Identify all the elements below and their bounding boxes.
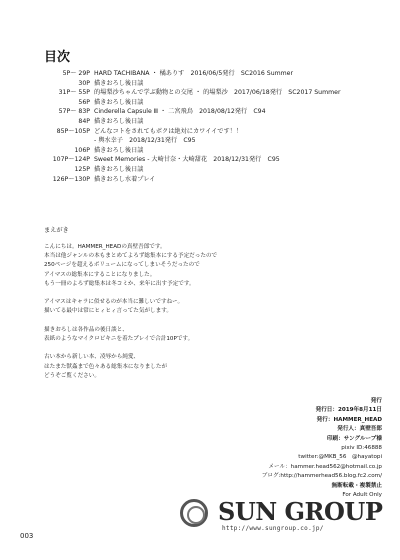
- preface-paragraph: アイマスはキャラに似せるのが本当に難しいですねー。 描いてる最中は常にヒィヒィ言…: [44, 298, 244, 316]
- toc-page-range: 84P: [30, 117, 94, 127]
- sun-group-logo-mark-icon: [180, 499, 208, 527]
- toc-entry: 31P～ 55P的場梨沙ちゃんで学ぶ動物との交尾 ・ 的場梨沙 2017/06/…: [30, 88, 390, 98]
- colophon-line: twitter:@MKB_56 @hayatopi: [262, 453, 382, 462]
- colophon-line: メール：hammer.head562@hotmail.co.jp: [262, 463, 382, 472]
- toc-title: どんなコトをされてもボクは絶対にカワイイです！！: [94, 127, 242, 137]
- toc-entry: - 輿水幸子 2018/12/31発行 C95: [30, 136, 390, 146]
- preface-heading: まえがき: [44, 225, 69, 234]
- toc-entry: 107P～124PSweet Memories - 大崎甘奈・大崎甜花 2018…: [30, 155, 390, 165]
- colophon-line: ブログ:http://hammerhead56.blog.fc2.com/: [262, 472, 382, 481]
- toc-page-range: 106P: [30, 146, 94, 156]
- colophon-line: 発行日：2019年8月11日: [262, 406, 382, 415]
- toc-page-range: 31P～ 55P: [30, 88, 94, 98]
- toc-entry: 5P～ 29PHARD TACHIBANA ・ 橘ありす 2016/06/5発行…: [30, 69, 390, 79]
- toc-title: - 輿水幸子 2018/12/31発行 C95: [94, 136, 196, 146]
- preface-paragraph: 古い本から新しい本、凌辱から純愛、 はたまた獣姦まで色々ある総集本になりましたが…: [44, 353, 244, 381]
- toc-entry: 30P描きおろし後日談: [30, 79, 390, 89]
- preface-body: こんにちは。HAMMER_HEADの真壁吾郎です。 本当は他ジャンルの本もまとめ…: [44, 243, 244, 390]
- table-of-contents: 5P～ 29PHARD TACHIBANA ・ 橘ありす 2016/06/5発行…: [30, 69, 390, 184]
- toc-title: Cinderella Capsule Ⅲ ・ 二宮飛鳥 2018/08/12発行…: [94, 107, 266, 117]
- toc-page-range: [30, 136, 94, 146]
- toc-title: Sweet Memories - 大崎甘奈・大崎甜花 2018/12/31発行 …: [94, 155, 280, 165]
- sun-group-logo: SUN GROUP http://www.sungroup.co.jp/: [180, 497, 390, 537]
- colophon-line: pixiv ID:46888: [262, 444, 382, 453]
- toc-title: 描きおろし後日談: [94, 117, 144, 127]
- toc-entry: 57P～ 83PCinderella Capsule Ⅲ ・ 二宮飛鳥 2018…: [30, 107, 390, 117]
- colophon-heading: 発行: [262, 397, 382, 406]
- toc-title: 描きおろし水着プレイ: [94, 175, 155, 185]
- toc-title: HARD TACHIBANA ・ 橘ありす 2016/06/5発行 SC2016…: [94, 69, 293, 79]
- colophon: 発行 発行日：2019年8月11日 発行：HAMMER_HEAD 発行人：真壁吾…: [262, 397, 382, 500]
- toc-entry: 84P描きおろし後日談: [30, 117, 390, 127]
- colophon-line: 発行：HAMMER_HEAD: [262, 416, 382, 425]
- toc-page-range: 5P～ 29P: [30, 69, 94, 79]
- toc-page-range: 125P: [30, 165, 94, 175]
- preface-paragraph: こんにちは。HAMMER_HEADの真壁吾郎です。 本当は他ジャンルの本もまとめ…: [44, 243, 244, 289]
- logo-name: SUN GROUP: [218, 497, 382, 526]
- toc-title: 描きおろし後日談: [94, 79, 144, 89]
- page-number: 003: [20, 532, 33, 540]
- toc-entry: 56P描きおろし後日談: [30, 98, 390, 108]
- colophon-line: 印刷：サングループ様: [262, 435, 382, 444]
- toc-title: 的場梨沙ちゃんで学ぶ動物との交尾 ・ 的場梨沙 2017/06/18発行 SC2…: [94, 88, 341, 98]
- toc-page-range: 56P: [30, 98, 94, 108]
- toc-title: 描きおろし後日談: [94, 165, 144, 175]
- colophon-line: 発行人：真壁吾郎: [262, 425, 382, 434]
- toc-entry: 85P～105Pどんなコトをされてもボクは絶対にカワイイです！！: [30, 127, 390, 137]
- toc-title: 描きおろし後日談: [94, 98, 144, 108]
- toc-page-range: 57P～ 83P: [30, 107, 94, 117]
- colophon-line: 無断転載・複製禁止: [262, 482, 382, 491]
- logo-url: http://www.sungroup.co.jp/: [222, 525, 324, 532]
- toc-entry: 125P描きおろし後日談: [30, 165, 390, 175]
- toc-entry: 126P～130P描きおろし水着プレイ: [30, 175, 390, 185]
- toc-entry: 106P描きおろし後日談: [30, 146, 390, 156]
- toc-page-range: 30P: [30, 79, 94, 89]
- page-title: 目次: [44, 46, 70, 65]
- toc-page-range: 107P～124P: [30, 155, 94, 165]
- toc-title: 描きおろし後日談: [94, 146, 144, 156]
- toc-page-range: 126P～130P: [30, 175, 94, 185]
- toc-page-range: 85P～105P: [30, 127, 94, 137]
- preface-paragraph: 描きおろしは各作品の後日談と、 表紙のようなマイクロビキニを着たプレイで合計10…: [44, 326, 244, 344]
